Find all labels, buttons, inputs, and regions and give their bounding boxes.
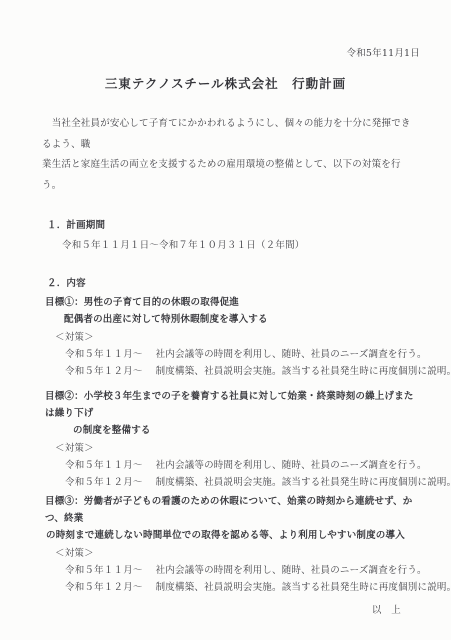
section-plan-period-heading: １．計画期間 bbox=[47, 218, 451, 233]
goal-1-measures-label: ＜対策＞ bbox=[55, 329, 451, 346]
measure-action: 制度構築、社員説明会実施。該当する社員発生時に再度個別に説明。 bbox=[156, 579, 451, 596]
measure-action: 社内会議等の時間を利用し、随時、社員のニーズ調査を行う。 bbox=[156, 346, 427, 363]
measure-action: 制度構築、社員説明会実施。該当する社員発生時に再度個別に説明。 bbox=[156, 474, 451, 491]
goal-3-block: 目標③：労働者が子どもの看護のための休暇について、始業の時刻から連続せず、かつ、… bbox=[0, 493, 451, 596]
closing-mark: 以 上 bbox=[0, 602, 451, 619]
measure-period: 令和５年１２月～ bbox=[65, 579, 143, 596]
goal-1-block: 目標①：男性の子育て目的の休暇の取得促進 配偶者の出産に対して特別休暇制度を導入… bbox=[0, 294, 451, 380]
intro-paragraph: 当社全社員が安心して子育てにかかわれるようにし、個々の能力を十分に発揮できるよう… bbox=[42, 114, 417, 196]
intro-line-2: 業生活と家庭生活の両立を支援するための雇用環境の整備として、以下の対策を行う。 bbox=[42, 155, 417, 196]
goal-3-measure-row-1: 令和５年１１月～ 社内会議等の時間を利用し、随時、社員のニーズ調査を行う。 bbox=[65, 562, 451, 579]
goal-3-title-line-2: の時刻まで連続しない時間単位での取得を認める等、より利用しやすい制度の導入 bbox=[46, 527, 417, 544]
measure-period: 令和５年１１月～ bbox=[65, 457, 143, 474]
goal-3-measures-label: ＜対策＞ bbox=[55, 545, 451, 562]
goal-1-measure-row-1: 令和５年１１月～ 社内会議等の時間を利用し、随時、社員のニーズ調査を行う。 bbox=[65, 346, 451, 363]
measure-action: 社内会議等の時間を利用し、随時、社員のニーズ調査を行う。 bbox=[156, 562, 427, 579]
document-date: 令和5年11月1日 bbox=[0, 0, 451, 61]
section-content-heading: ２．内容 bbox=[47, 276, 451, 291]
goal-2-title-line-2: の制度を整備する bbox=[73, 422, 417, 439]
measure-period: 令和５年１２月～ bbox=[65, 363, 143, 380]
goal-1-measure-row-2: 令和５年１２月～ 制度構築、社員説明会実施。該当する社員発生時に再度個別に説明。 bbox=[65, 363, 451, 380]
goal-2-measure-row-1: 令和５年１１月～ 社内会議等の時間を利用し、随時、社員のニーズ調査を行う。 bbox=[65, 457, 451, 474]
goal-3-title-line-1: 目標③：労働者が子どもの看護のための休暇について、始業の時刻から連続せず、かつ、… bbox=[45, 493, 417, 527]
scan-speck bbox=[70, 570, 73, 571]
plan-period-value: 令和５年１１月１日～令和７年１０月３１日（２年間） bbox=[62, 238, 451, 253]
measure-action: 社内会議等の時間を利用し、随時、社員のニーズ調査を行う。 bbox=[156, 457, 427, 474]
measure-period: 令和５年１１月～ bbox=[65, 562, 143, 579]
goal-2-block: 目標②：小学校３年生までの子を養育する社員に対して始業・終業時刻の繰上げまたは繰… bbox=[0, 388, 451, 491]
intro-line-1: 当社全社員が安心して子育てにかかわれるようにし、個々の能力を十分に発揮できるよう… bbox=[42, 114, 417, 155]
measure-period: 令和５年１１月～ bbox=[65, 346, 143, 363]
scanned-document-page: 令和5年11月1日 三東テクノスチール株式会社 行動計画 当社全社員が安心して子… bbox=[0, 0, 451, 640]
goal-2-measure-row-2: 令和５年１２月～ 制度構築、社員説明会実施。該当する社員発生時に再度個別に説明。 bbox=[65, 474, 451, 491]
document-title: 三東テクノスチール株式会社 行動計画 bbox=[0, 75, 451, 92]
goal-1-title-line-1: 目標①：男性の子育て目的の休暇の取得促進 bbox=[45, 294, 417, 311]
goal-2-title-line-1: 目標②：小学校３年生までの子を養育する社員に対して始業・終業時刻の繰上げまたは繰… bbox=[45, 388, 417, 422]
goal-3-measure-row-2: 令和５年１２月～ 制度構築、社員説明会実施。該当する社員発生時に再度個別に説明。 bbox=[65, 579, 451, 596]
goal-1-title-line-2: 配偶者の出産に対して特別休暇制度を導入する bbox=[64, 311, 417, 328]
measure-period: 令和５年１２月～ bbox=[65, 474, 143, 491]
goal-2-measures-label: ＜対策＞ bbox=[55, 440, 451, 457]
measure-action: 制度構築、社員説明会実施。該当する社員発生時に再度個別に説明。 bbox=[156, 363, 451, 380]
